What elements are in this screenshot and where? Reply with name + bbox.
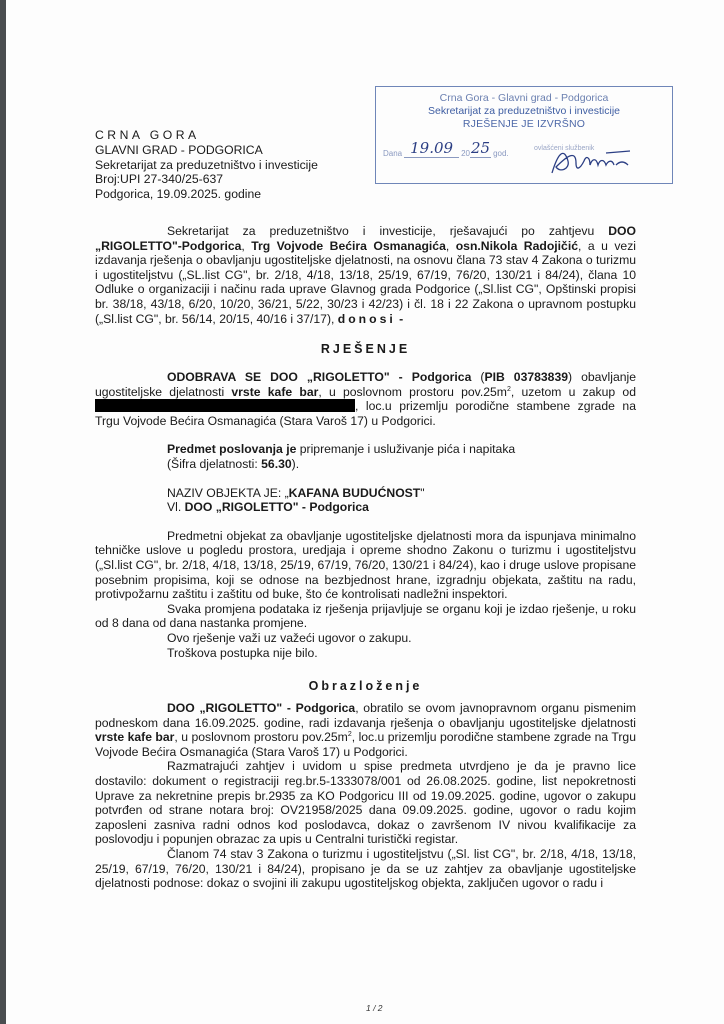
object-name-label: NAZIV OBJEKTA JE: „ bbox=[167, 486, 289, 500]
owner-value: DOO „RIGOLETTO" - Podgorica bbox=[185, 500, 369, 514]
approval-text: , u poslovnom prostoru pov.25m bbox=[318, 385, 507, 399]
stamp-date: Dana 19.09 2025 god. bbox=[383, 139, 509, 158]
validity-paragraph: Ovo rješenje važi uz važeći ugovor o zak… bbox=[95, 631, 636, 646]
reasoning-section: DOO „RIGOLETTO" - Podgorica, obratilo se… bbox=[95, 701, 636, 891]
signature-icon bbox=[546, 143, 636, 179]
reasoning-request: DOO „RIGOLETTO" - Podgorica, obratilo se… bbox=[95, 701, 636, 759]
header-country: CRNA GORA bbox=[95, 128, 318, 143]
page-number: 1 / 2 bbox=[366, 1003, 383, 1013]
tax-id: PIB 03783839 bbox=[484, 370, 568, 384]
stamp-date-label: Dana bbox=[383, 149, 402, 158]
stamp-year-prefix: 20 bbox=[461, 149, 470, 158]
executability-stamp: Crna Gora - Glavni grad - Podgorica Sekr… bbox=[375, 86, 673, 184]
reasoning-law-article: Članom 74 stav 3 Zakona o turizmu i ugos… bbox=[95, 847, 636, 891]
quote: " bbox=[420, 486, 424, 500]
approval-subject: ODOBRAVA SE DOO „RIGOLETTO" - Podgorica bbox=[167, 370, 471, 384]
applicant-founder: osn.Nikola Radojičić bbox=[456, 239, 578, 253]
stamp-line-status: RJEŠENJE JE IZVRŠNO bbox=[376, 118, 672, 130]
approval-text: , uzetom u zakup od bbox=[511, 385, 636, 399]
stamp-line-municipality: Crna Gora - Glavni grad - Podgorica bbox=[376, 92, 672, 104]
intro-verb: donosi bbox=[338, 312, 396, 326]
stamp-date-handwritten: 19.09 bbox=[404, 139, 459, 158]
header-place-date: Podgorica, 19.09.2025. godine bbox=[95, 187, 318, 202]
reasoning-documents: Razmatrajući zahtjev i uvidom u spise pr… bbox=[95, 759, 636, 847]
header-department: Sekretarijat za preduzetništvo i investi… bbox=[95, 158, 318, 173]
reasoning-title: Obrazloženje bbox=[95, 679, 636, 693]
header-reference-number: Broj:UPI 27-340/25-637 bbox=[95, 172, 318, 187]
reasoning-text: , u poslovnom prostoru pov.25m bbox=[174, 730, 347, 744]
owner-label: Vl. bbox=[167, 500, 185, 514]
activity-code: 56.30 bbox=[261, 457, 292, 471]
business-type: vrste kafe bar bbox=[95, 730, 174, 744]
object-name-value: KAFANA BUDUĆNOST bbox=[289, 486, 421, 500]
intro-paragraph: Sekretarijat za preduzetništvo i investi… bbox=[95, 224, 636, 326]
stamp-line-department: Sekretarijat za preduzetništvo i investi… bbox=[376, 105, 672, 117]
activity-code-close: ). bbox=[292, 457, 299, 471]
intro-dash: - bbox=[396, 312, 403, 326]
document-page: Crna Gora - Glavni grad - Podgorica Sekr… bbox=[6, 0, 724, 1024]
stamp-date-suffix: god. bbox=[493, 149, 509, 158]
intro-sep: , bbox=[446, 239, 456, 253]
stamp-year-handwritten: 25 bbox=[470, 139, 491, 158]
intro-text: Sekretarijat za preduzetništvo i investi… bbox=[167, 224, 608, 238]
document-header: CRNA GORA GLAVNI GRAD - PODGORICA Sekret… bbox=[95, 128, 318, 202]
applicant-name: DOO „RIGOLETTO" - Podgorica bbox=[167, 701, 355, 715]
applicant-address: Trg Vojvode Bećira Osmanagića bbox=[251, 239, 446, 253]
costs-paragraph: Troškova postupka nije bilo. bbox=[95, 646, 636, 661]
business-subject-label: Predmet poslovanja je bbox=[167, 442, 296, 456]
object-name: NAZIV OBJEKTA JE: „KAFANA BUDUĆNOST" Vl.… bbox=[95, 486, 636, 515]
business-type: vrste kafe bar bbox=[231, 385, 318, 399]
business-subject: Predmet poslovanja je pripremanje i uslu… bbox=[95, 442, 636, 471]
paren: ( bbox=[471, 370, 484, 384]
conditions-paragraph: Predmetni objekat za obavljanje ugostite… bbox=[95, 529, 636, 602]
redaction-bar bbox=[95, 399, 355, 412]
decision-approval: ODOBRAVA SE DOO „RIGOLETTO" - Podgorica … bbox=[95, 370, 636, 428]
intro-sep: , bbox=[241, 239, 251, 253]
decision-section: ODOBRAVA SE DOO „RIGOLETTO" - Podgorica … bbox=[95, 370, 636, 660]
activity-code-label: (Šifra djelatnosti: bbox=[167, 457, 261, 471]
change-notice-paragraph: Svaka promjena podataka iz rješenja prij… bbox=[95, 602, 636, 631]
header-city: GLAVNI GRAD - PODGORICA bbox=[95, 143, 318, 158]
business-subject-text: pripremanje i usluživanje pića i napitak… bbox=[296, 442, 515, 456]
decision-title: RJEŠENJE bbox=[95, 342, 636, 356]
